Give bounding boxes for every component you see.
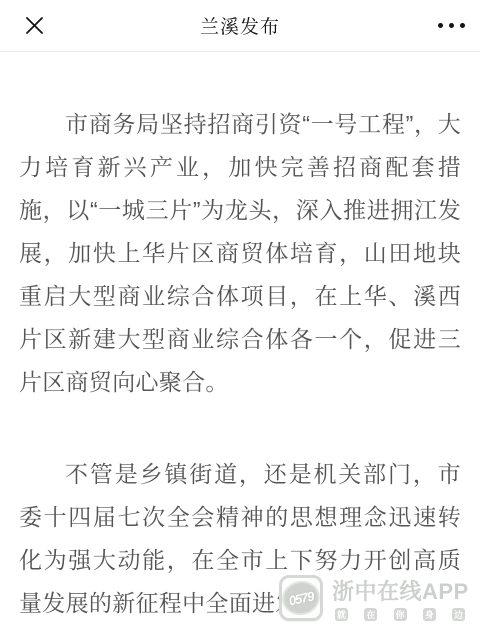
close-button[interactable] (24, 0, 45, 51)
more-button[interactable] (438, 0, 465, 51)
title-bar: 兰溪发布 (0, 0, 480, 52)
page-title: 兰溪发布 (200, 12, 280, 39)
more-icon (460, 23, 465, 28)
more-icon (449, 23, 454, 28)
more-icon (438, 23, 443, 28)
close-icon (24, 15, 45, 36)
article-paragraph: 不管是乡镇街道，还是机关部门，市委十四届七次全会精神的思想理念迅速转化为强大动能… (19, 453, 461, 625)
article-body: 市商务局坚持招商引资“一号工程”，大力培育新兴产业，加快完善招商配套措施，以“一… (0, 52, 480, 625)
article-paragraph: 市商务局坚持招商引资“一号工程”，大力培育新兴产业，加快完善招商配套措施，以“一… (19, 103, 461, 404)
